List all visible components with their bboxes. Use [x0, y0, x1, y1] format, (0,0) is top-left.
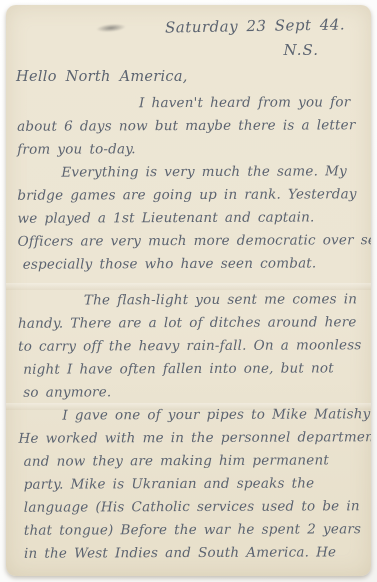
letter-line: so anymore.	[18, 380, 365, 405]
letter-line: party. Mike is Ukranian and speaks the	[19, 472, 366, 497]
letter-line: I gave one of your pipes to Mike Matishy…	[18, 403, 365, 428]
letter-line: from you to-day.	[17, 137, 364, 162]
letter-line: bridge games are going up in rank. Yeste…	[17, 183, 364, 208]
letter-line: I haven't heard from you for	[17, 91, 364, 116]
letter-line: in the West Indies and South America. He	[19, 541, 366, 566]
letter-paper: Saturday 23 Sept 44. N.S. Hello North Am…	[6, 5, 371, 576]
salutation: Hello North America,	[16, 69, 188, 85]
letter-line: we played a 1st Lieutenant and captain.	[17, 206, 364, 231]
letter-line: handy. There are a lot of ditches around…	[18, 311, 365, 336]
letter-line: He worked with me in the personnel depar…	[18, 426, 365, 451]
initials-line: N.S.	[284, 41, 319, 59]
letter-line: Officers are very much more democratic o…	[18, 229, 365, 254]
pencil-smudge-mark	[96, 23, 127, 34]
letter-line: and now they are making him permanent	[19, 449, 366, 474]
scanned-letter-photo: Saturday 23 Sept 44. N.S. Hello North Am…	[0, 0, 377, 582]
letter-line: especially those who have seen combat.	[18, 252, 365, 277]
letter-line: night I have often fallen into one, but …	[18, 357, 365, 382]
date-line: Saturday 23 Sept 44.	[165, 15, 345, 36]
letter-body: I haven't heard from you for about 6 day…	[17, 91, 366, 566]
letter-line: to carry off the heavy rain-fall. On a m…	[18, 334, 365, 359]
letter-line: about 6 days now but maybe there is a le…	[17, 114, 364, 139]
letter-line: The flash-light you sent me comes in	[18, 288, 365, 313]
letter-line: that tongue) Before the war he spent 2 y…	[19, 518, 366, 543]
letter-line: language (His Catholic services used to …	[19, 495, 366, 520]
letter-line: Everything is very much the same. My	[17, 160, 364, 185]
